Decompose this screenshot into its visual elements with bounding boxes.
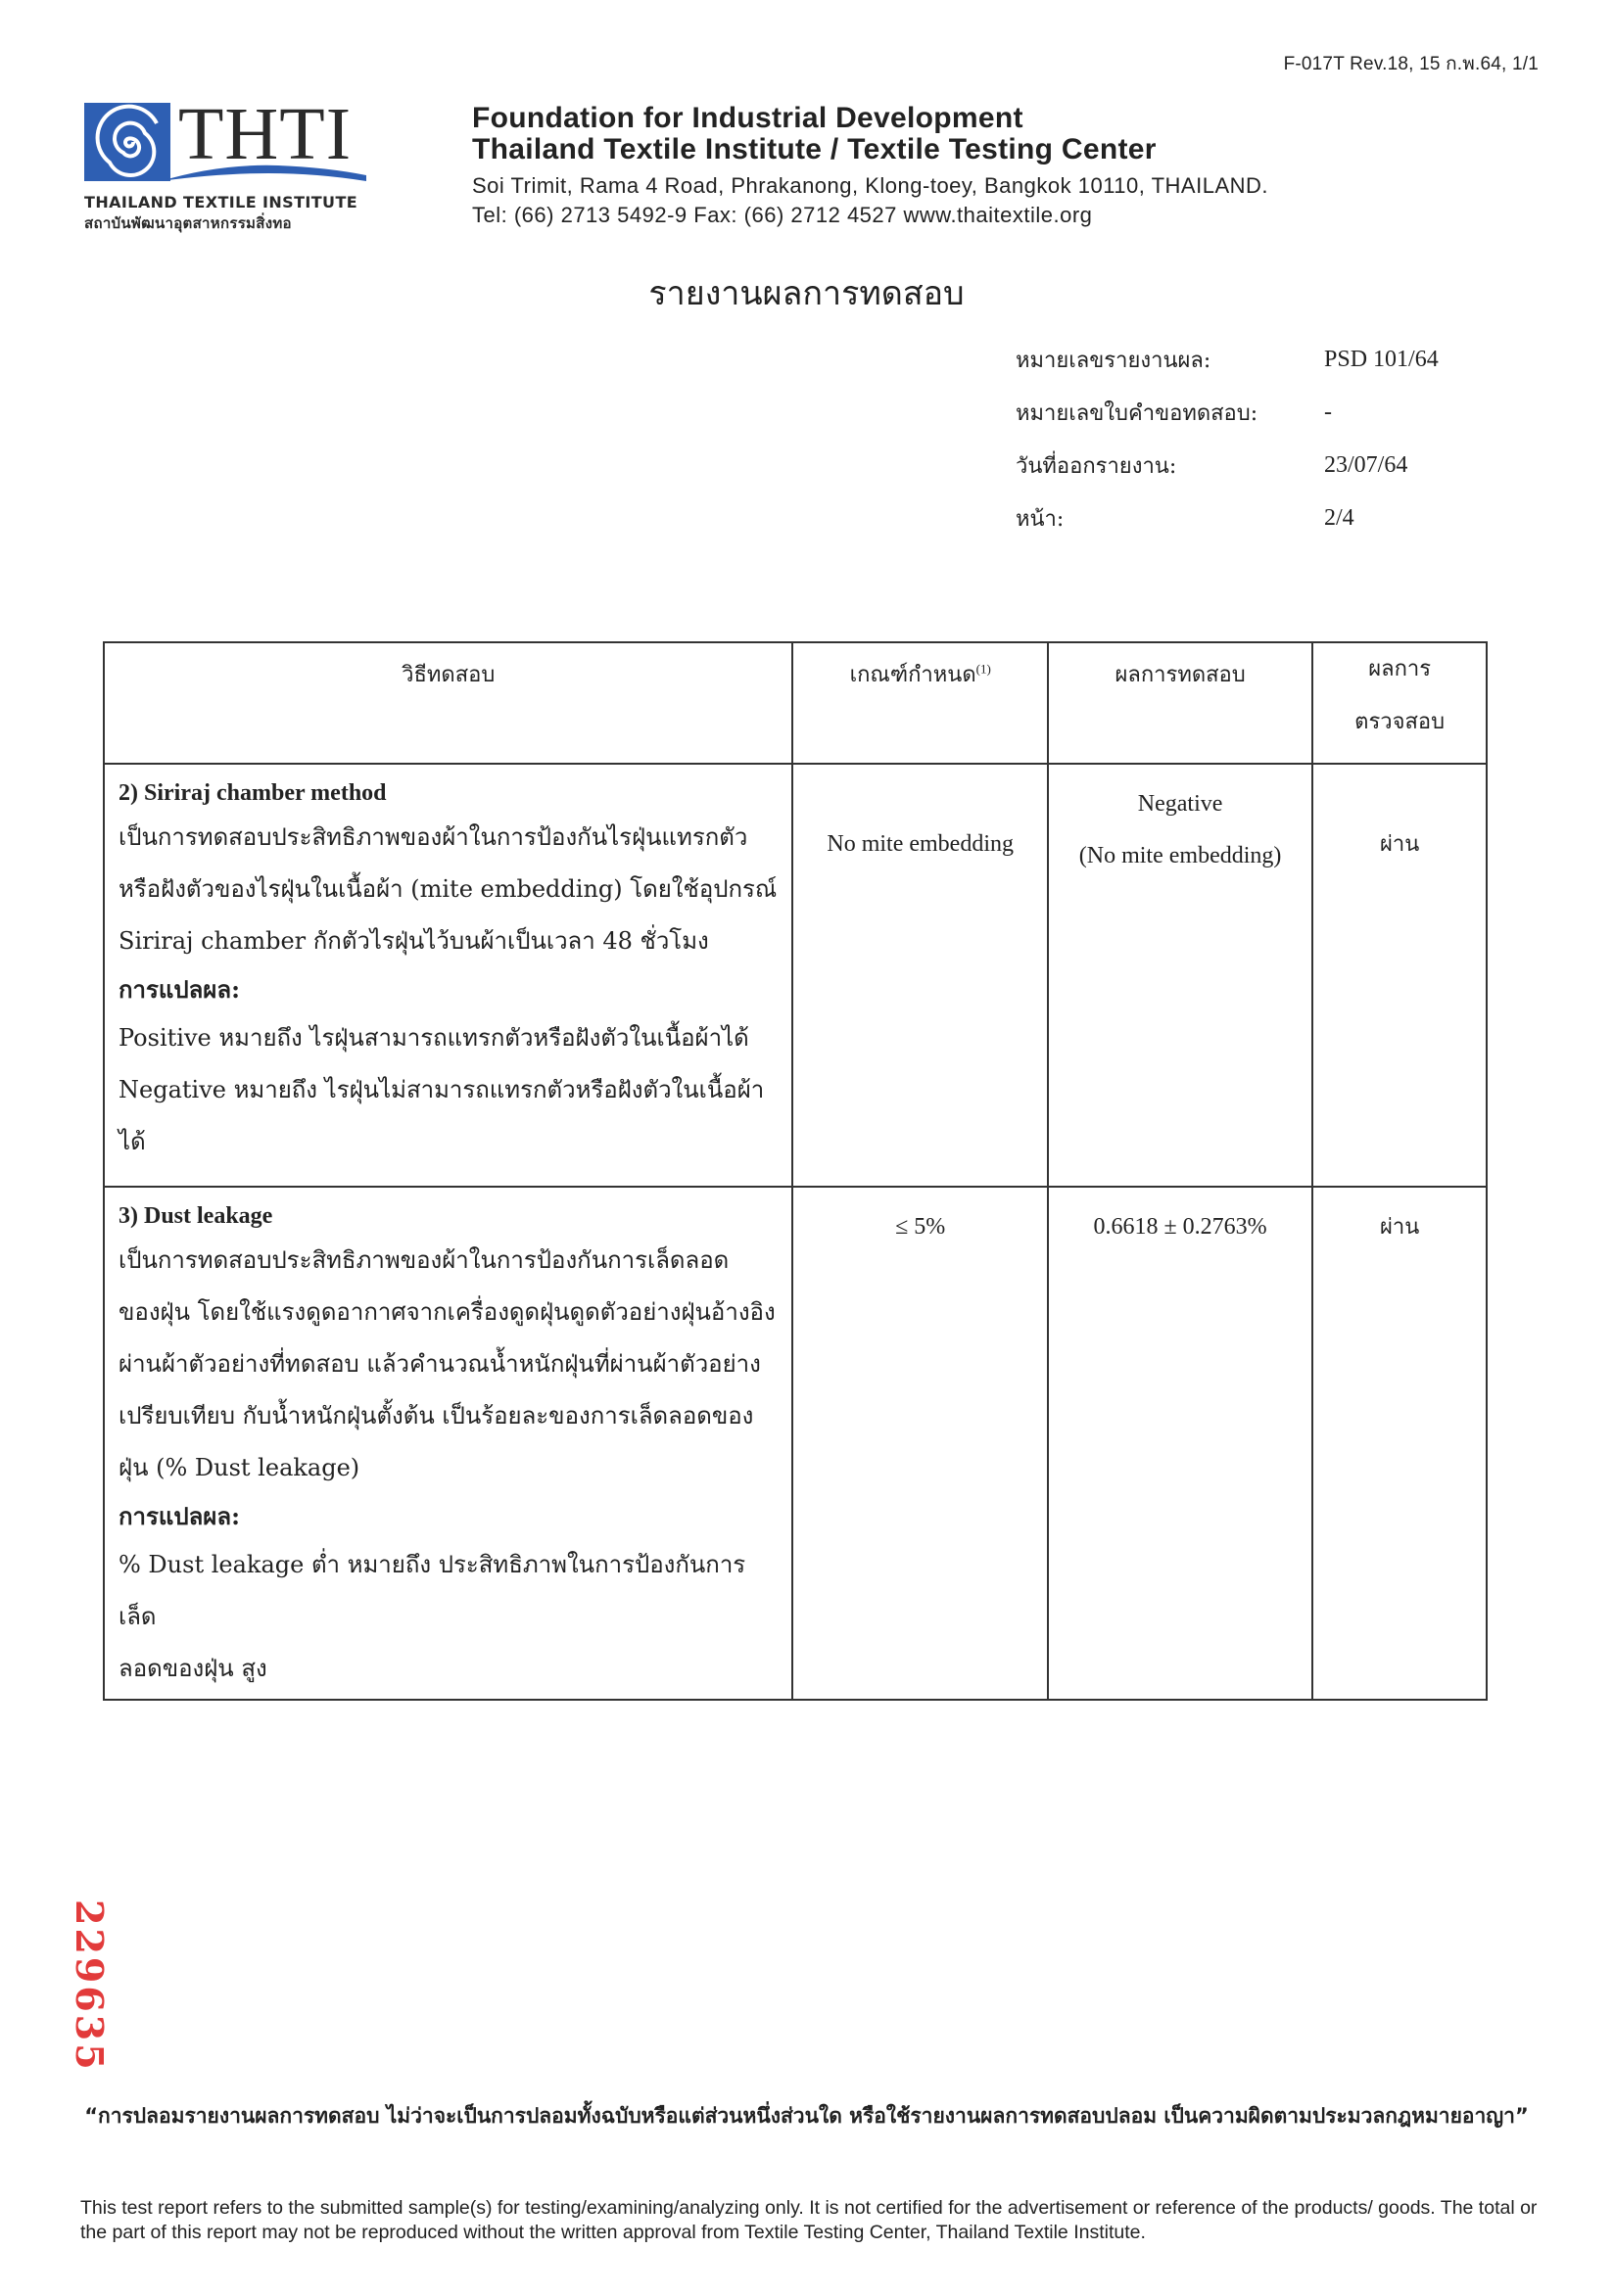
method-description: ของฝุ่น โดยใช้แรงดูดอากาศจากเครื่องดูดฝุ… <box>119 1287 778 1338</box>
result-value: Negative <box>1049 778 1311 830</box>
header-method: วิธีทดสอบ <box>104 642 792 764</box>
interpretation-line: Positive หมายถึง ไรฝุ่นสามารถแทรกตัวหรือ… <box>119 1012 778 1064</box>
method-description: เป็นการทดสอบประสิทธิภาพของผ้าในการป้องกั… <box>119 1235 778 1287</box>
interpretation-line: ลอดของฝุ่น สูง <box>119 1643 778 1695</box>
organization-header: Foundation for Industrial Development Th… <box>472 103 1268 230</box>
meta-value: 23/07/64 <box>1324 452 1407 479</box>
logo-acronym: THTI <box>178 95 352 173</box>
interpretation-label: การแปลผล: <box>119 967 778 1012</box>
verdict-value: ผ่าน <box>1313 1201 1486 1253</box>
header-verdict: ผลการ ตรวจสอบ <box>1312 642 1487 764</box>
header-criteria-label: เกณฑ์กำหนด <box>850 663 976 687</box>
serial-number: 229635 <box>68 1899 112 2073</box>
criteria-cell: No mite embedding <box>792 764 1047 1187</box>
header-verdict-line1: ผลการ <box>1313 643 1486 696</box>
meta-label: หน้า: <box>1016 501 1324 536</box>
report-meta: หมายเลขรายงานผล: PSD 101/64 หมายเลขใบคำข… <box>1016 333 1439 544</box>
report-disclaimer: This test report refers to the submitted… <box>80 2196 1549 2245</box>
result-value: 0.6618 ± 0.2763% <box>1049 1201 1311 1253</box>
header-verdict-line2: ตรวจสอบ <box>1313 696 1486 749</box>
meta-issue-date: วันที่ออกรายงาน: 23/07/64 <box>1016 439 1439 492</box>
result-value-detail: (No mite embedding) <box>1049 830 1311 882</box>
interpretation-line: ได้ <box>119 1116 778 1168</box>
method-cell: 2) Siriraj chamber method เป็นการทดสอบปร… <box>104 764 792 1187</box>
meta-report-number: หมายเลขรายงานผล: PSD 101/64 <box>1016 333 1439 386</box>
org-foundation: Foundation for Industrial Development <box>472 103 1268 134</box>
logo-name-th: สถาบันพัฒนาอุตสาหกรรมสิ่งทอ <box>84 211 292 235</box>
results-table: วิธีทดสอบ เกณฑ์กำหนด(1) ผลการทดสอบ ผลการ… <box>103 641 1488 1701</box>
org-address: Soi Trimit, Rama 4 Road, Phrakanong, Klo… <box>472 171 1268 201</box>
meta-value: 2/4 <box>1324 505 1354 532</box>
meta-value: - <box>1324 399 1332 426</box>
header-result: ผลการทดสอบ <box>1048 642 1312 764</box>
criteria-footnote-marker: (1) <box>976 662 991 677</box>
form-code: F-017T Rev.18, 15 ก.พ.64, 1/1 <box>1284 49 1539 78</box>
table-header-row: วิธีทดสอบ เกณฑ์กำหนด(1) ผลการทดสอบ ผลการ… <box>104 642 1487 764</box>
verdict-value: ผ่าน <box>1313 819 1486 870</box>
logo-name-en: THAILAND TEXTILE INSTITUTE <box>84 193 357 211</box>
thti-logo: THTI THAILAND TEXTILE INSTITUTE สถาบันพั… <box>84 103 378 230</box>
serial-number-stamp: 229635 <box>61 1899 119 2046</box>
meta-label: วันที่ออกรายงาน: <box>1016 448 1324 483</box>
spiral-logo-icon <box>84 103 170 181</box>
method-description: เป็นการทดสอบประสิทธิภาพของผ้าในการป้องกั… <box>119 812 778 864</box>
verdict-cell: ผ่าน <box>1312 764 1487 1187</box>
result-cell: Negative (No mite embedding) <box>1048 764 1312 1187</box>
method-title: 3) Dust leakage <box>119 1197 778 1235</box>
interpretation-line: Negative หมายถึง ไรฝุ่นไม่สามารถแทรกตัวห… <box>119 1064 778 1116</box>
table-row: 2) Siriraj chamber method เป็นการทดสอบปร… <box>104 764 1487 1187</box>
forgery-warning: “การปลอมรายงานผลการทดสอบ ไม่ว่าจะเป็นการ… <box>0 2100 1613 2132</box>
meta-label: หมายเลขรายงานผล: <box>1016 343 1324 377</box>
method-description: หรือฝังตัวของไรฝุ่นในเนื้อผ้า (mite embe… <box>119 864 778 915</box>
method-description: ผ่านผ้าตัวอย่างที่ทดสอบ แล้วคำนวณน้ำหนัก… <box>119 1338 778 1390</box>
method-title: 2) Siriraj chamber method <box>119 774 778 812</box>
document-title: รายงานผลการทดสอบ <box>0 266 1613 319</box>
interpretation-label: การแปลผล: <box>119 1494 778 1539</box>
meta-page: หน้า: 2/4 <box>1016 492 1439 544</box>
criteria-value: ≤ 5% <box>793 1201 1046 1253</box>
table-row: 3) Dust leakage เป็นการทดสอบประสิทธิภาพข… <box>104 1187 1487 1700</box>
criteria-cell: ≤ 5% <box>792 1187 1047 1700</box>
meta-request-number: หมายเลขใบคำขอทดสอบ: - <box>1016 386 1439 439</box>
meta-label: หมายเลขใบคำขอทดสอบ: <box>1016 396 1324 430</box>
org-contact: Tel: (66) 2713 5492-9 Fax: (66) 2712 452… <box>472 201 1268 230</box>
method-cell: 3) Dust leakage เป็นการทดสอบประสิทธิภาพข… <box>104 1187 792 1700</box>
criteria-value: No mite embedding <box>793 819 1046 870</box>
org-institute: Thailand Textile Institute / Textile Tes… <box>472 134 1268 165</box>
verdict-cell: ผ่าน <box>1312 1187 1487 1700</box>
header-criteria: เกณฑ์กำหนด(1) <box>792 642 1047 764</box>
meta-value: PSD 101/64 <box>1324 347 1439 373</box>
method-description: เปรียบเทียบ กับน้ำหนักฝุ่นตั้งต้น เป็นร้… <box>119 1390 778 1442</box>
method-description: Siriraj chamber กักตัวไรฝุ่นไว้บนผ้าเป็น… <box>119 915 778 967</box>
result-cell: 0.6618 ± 0.2763% <box>1048 1187 1312 1700</box>
interpretation-line: % Dust leakage ต่ำ หมายถึง ประสิทธิภาพใน… <box>119 1539 778 1643</box>
method-description: ฝุ่น (% Dust leakage) <box>119 1442 778 1494</box>
